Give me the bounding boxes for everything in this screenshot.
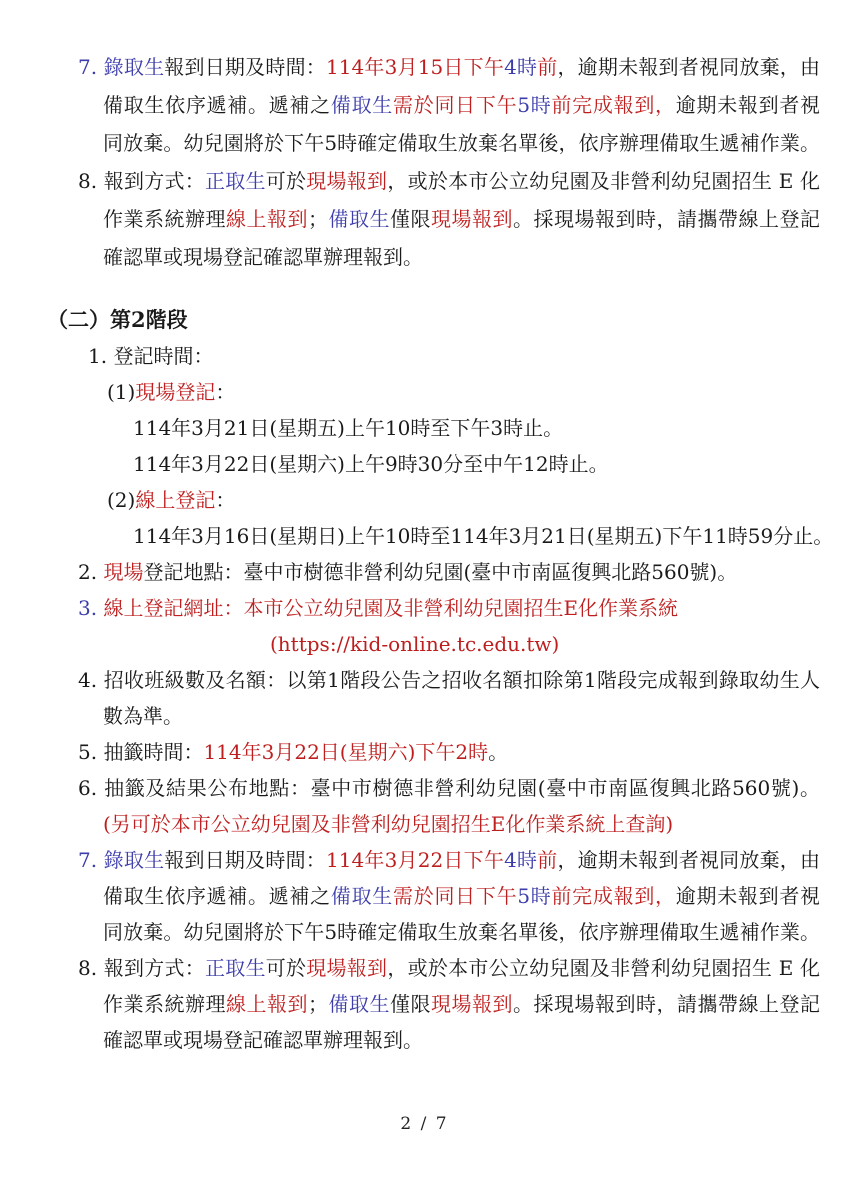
text-segment: 正取生 (205, 169, 266, 193)
text-segment: ： (215, 380, 235, 404)
text-segment: 114年3月22日(星期六)下午2時 (203, 740, 488, 764)
item-7-line-3: 同放棄。幼兒園將於下午5時確定備取生放棄名單後，依序辦理備取生遞補作業。 (0, 914, 820, 950)
online-registration-url: (https://kid-online.tc.edu.tw) (0, 626, 849, 662)
text-segment: 現場報到 (431, 207, 513, 231)
text-segment: (https://kid-online.tc.edu.tw) (270, 632, 559, 656)
text-segment: 現場報到 (306, 169, 387, 193)
item-8-line-3: 確認單或現場登記確認單辦理報到。 (0, 238, 849, 276)
text-segment: 僅限 (390, 992, 431, 1016)
text-segment: 確認單或現場登記確認單辦理報到。 (103, 245, 423, 269)
item-7-line-1: 7. 錄取生報到日期及時間：114年3月15日下午4時前，逾期未報到者視同放棄，… (0, 48, 820, 86)
item-8-line-2: 作業系統辦理線上報到；備取生僅限現場報到。採現場報到時，請攜帶線上登記 (0, 200, 820, 238)
onsite-date-2: 114年3月22日(星期六)上午9時30分至中午12時止。 (0, 446, 849, 482)
text-segment: 現場登記 (135, 380, 215, 404)
text-segment: 。採現場報到時，請攜帶線上登記 (513, 207, 820, 231)
item-1-2-online-label: (2)線上登記： (0, 482, 849, 518)
text-segment: 錄取生 (104, 55, 165, 79)
text-segment: 線上登記網址：本市公立幼兒園及非營利幼兒園招生E化作業系統 (103, 596, 678, 620)
text-segment: 報到日期及時間： (164, 55, 326, 79)
text-segment: 現場 (103, 560, 143, 584)
text-segment: 可於 (266, 169, 307, 193)
text-segment: 數為準。 (103, 704, 183, 728)
item-8-line-3: 確認單或現場登記確認單辦理報到。 (0, 1022, 849, 1058)
text-segment: 3. (78, 596, 103, 620)
text-segment: 4時 (504, 55, 537, 79)
stage1-items: 7. 錄取生報到日期及時間：114年3月15日下午4時前，逾期未報到者視同放棄，… (0, 48, 849, 276)
text-segment: 錄取生 (104, 848, 165, 872)
item-3-online-url-label: 3. 線上登記網址：本市公立幼兒園及非營利幼兒園招生E化作業系統 (0, 590, 849, 626)
text-segment: 5. 抽籤時間： (78, 740, 203, 764)
text-segment: 1. 登記時間： (88, 344, 213, 368)
text-segment: 8. 報到方式： (78, 956, 205, 980)
text-segment: 5時 (517, 93, 551, 117)
text-segment: ，或於本市公立幼兒園及非營利幼兒園招生 E 化 (387, 169, 820, 193)
text-segment: (另可於本市公立幼兒園及非營利幼兒園招生E化作業系統上查詢) (103, 812, 673, 836)
text-segment: （二）第2階段 (47, 307, 188, 332)
onsite-date-1: 114年3月21日(星期五)上午10時至下午3時止。 (0, 410, 849, 446)
text-segment: 114年3月15日下午 (326, 55, 504, 79)
item-8-line-1: 8. 報到方式：正取生可於現場報到，或於本市公立幼兒園及非營利幼兒園招生 E 化 (0, 162, 820, 200)
text-segment: (1) (107, 380, 135, 404)
text-segment: 2. (78, 560, 103, 584)
item-8-line-1: 8. 報到方式：正取生可於現場報到，或於本市公立幼兒園及非營利幼兒園招生 E 化 (0, 950, 820, 986)
item-6-note: (另可於本市公立幼兒園及非營利幼兒園招生E化作業系統上查詢) (0, 806, 849, 842)
text-segment: 。 (488, 740, 508, 764)
text-segment: 確認單或現場登記確認單辦理報到。 (103, 1028, 423, 1052)
text-segment: 線上報到 (226, 207, 308, 231)
text-segment: 同放棄。幼兒園將於下午5時確定備取生放棄名單後，依序辦理備取生遞補作業。 (103, 920, 820, 944)
text-segment: 作業系統辦理 (103, 207, 226, 231)
text-segment: ： (215, 488, 235, 512)
item-1-1-onsite-label: (1)現場登記： (0, 374, 849, 410)
online-date: 114年3月16日(星期日)上午10時至114年3月21日(星期五)下午11時5… (0, 518, 849, 554)
text-segment: 備取生 (328, 992, 390, 1016)
item-7-line-1: 7. 錄取生報到日期及時間：114年3月22日下午4時前，逾期未報到者視同放棄，… (0, 842, 820, 878)
text-segment: (2) (107, 488, 135, 512)
text-segment: 。採現場報到時，請攜帶線上登記 (513, 992, 820, 1016)
text-segment: 備取生 (328, 207, 390, 231)
text-segment: ，逾期未報到者視同放棄，由 (557, 55, 820, 79)
text-segment: 現場報到 (306, 956, 387, 980)
text-segment: 6. 抽籤及結果公布地點：臺中市樹德非營利幼兒園(臺中市南區復興北路560號)。 (78, 776, 820, 800)
text-segment: 114年3月16日(星期日)上午10時至114年3月21日(星期五)下午11時5… (133, 524, 833, 548)
text-segment: 備取生依序遞補。遞補之 (103, 93, 331, 117)
text-segment: 5時 (517, 884, 551, 908)
item-7-line-2: 備取生依序遞補。遞補之備取生需於同日下午5時前完成報到，逾期未報到者視 (0, 878, 820, 914)
item-4-line-1: 4. 招收班級數及名額：以第1階段公告之招收名額扣除第1階段完成報到錄取幼生人 (0, 662, 820, 698)
text-segment: 可於 (266, 956, 307, 980)
text-segment: 8. 報到方式： (78, 169, 205, 193)
item-7-line-2: 備取生依序遞補。遞補之備取生需於同日下午5時前完成報到，逾期未報到者視 (0, 86, 820, 124)
text-segment: 逾期未報到者視 (676, 93, 820, 117)
document-body: 7. 錄取生報到日期及時間：114年3月15日下午4時前，逾期未報到者視同放棄，… (0, 48, 849, 1058)
text-segment: 需於同日下午 (393, 884, 517, 908)
text-segment: 7. (78, 55, 104, 79)
item-2-onsite-location: 2. 現場登記地點：臺中市樹德非營利幼兒園(臺中市南區復興北路560號)。 (0, 554, 849, 590)
text-segment: 4. 招收班級數及名額：以第1階段公告之招收名額扣除第1階段完成報到錄取幼生人 (78, 668, 820, 692)
document-page: 7. 錄取生報到日期及時間：114年3月15日下午4時前，逾期未報到者視同放棄，… (0, 0, 849, 1200)
item-5-lottery-time: 5. 抽籤時間：114年3月22日(星期六)下午2時。 (0, 734, 849, 770)
text-segment: 前 (537, 848, 557, 872)
text-segment: 同放棄。幼兒園將於下午5時確定備取生放棄名單後，依序辦理備取生遞補作業。 (103, 131, 820, 155)
stage2-section: （二）第2階段1. 登記時間：(1)現場登記：114年3月21日(星期五)上午1… (0, 302, 849, 1058)
text-segment: 前 (537, 55, 557, 79)
item-7-line-3: 同放棄。幼兒園將於下午5時確定備取生放棄名單後，依序辦理備取生遞補作業。 (0, 124, 820, 162)
text-segment: 現場報到 (431, 992, 513, 1016)
text-segment: 僅限 (390, 207, 431, 231)
page-number: 2 / 7 (0, 1114, 849, 1134)
text-segment: 作業系統辦理 (103, 992, 226, 1016)
text-segment: 備取生 (331, 884, 393, 908)
text-segment: 逾期未報到者視 (676, 884, 820, 908)
item-4-line-2: 數為準。 (0, 698, 849, 734)
text-segment: 正取生 (205, 956, 266, 980)
text-segment: ； (308, 992, 328, 1016)
text-segment: 前完成報到， (551, 93, 675, 117)
text-segment: ； (308, 207, 328, 231)
item-8-line-2: 作業系統辦理線上報到；備取生僅限現場報到。採現場報到時，請攜帶線上登記 (0, 986, 820, 1022)
text-segment: 114年3月22日(星期六)上午9時30分至中午12時止。 (133, 452, 609, 476)
text-segment: 線上登記 (135, 488, 215, 512)
item-1-registration-time: 1. 登記時間： (0, 338, 849, 374)
text-segment: 114年3月22日下午 (326, 848, 504, 872)
text-segment: 登記地點：臺中市樹德非營利幼兒園(臺中市南區復興北路560號)。 (143, 560, 737, 584)
text-segment: 備取生依序遞補。遞補之 (103, 884, 331, 908)
text-segment: 7. (78, 848, 104, 872)
text-segment: ，或於本市公立幼兒園及非營利幼兒園招生 E 化 (387, 956, 820, 980)
text-segment: 需於同日下午 (393, 93, 517, 117)
item-6-lottery-location: 6. 抽籤及結果公布地點：臺中市樹德非營利幼兒園(臺中市南區復興北路560號)。 (0, 770, 820, 806)
text-segment: ，逾期未報到者視同放棄，由 (557, 848, 820, 872)
text-segment: 前完成報到， (551, 884, 675, 908)
text-segment: 備取生 (331, 93, 393, 117)
stage2-heading: （二）第2階段 (0, 302, 849, 338)
text-segment: 線上報到 (226, 992, 308, 1016)
text-segment: 114年3月21日(星期五)上午10時至下午3時止。 (133, 416, 563, 440)
text-segment: 報到日期及時間： (164, 848, 326, 872)
text-segment: 4時 (504, 848, 537, 872)
